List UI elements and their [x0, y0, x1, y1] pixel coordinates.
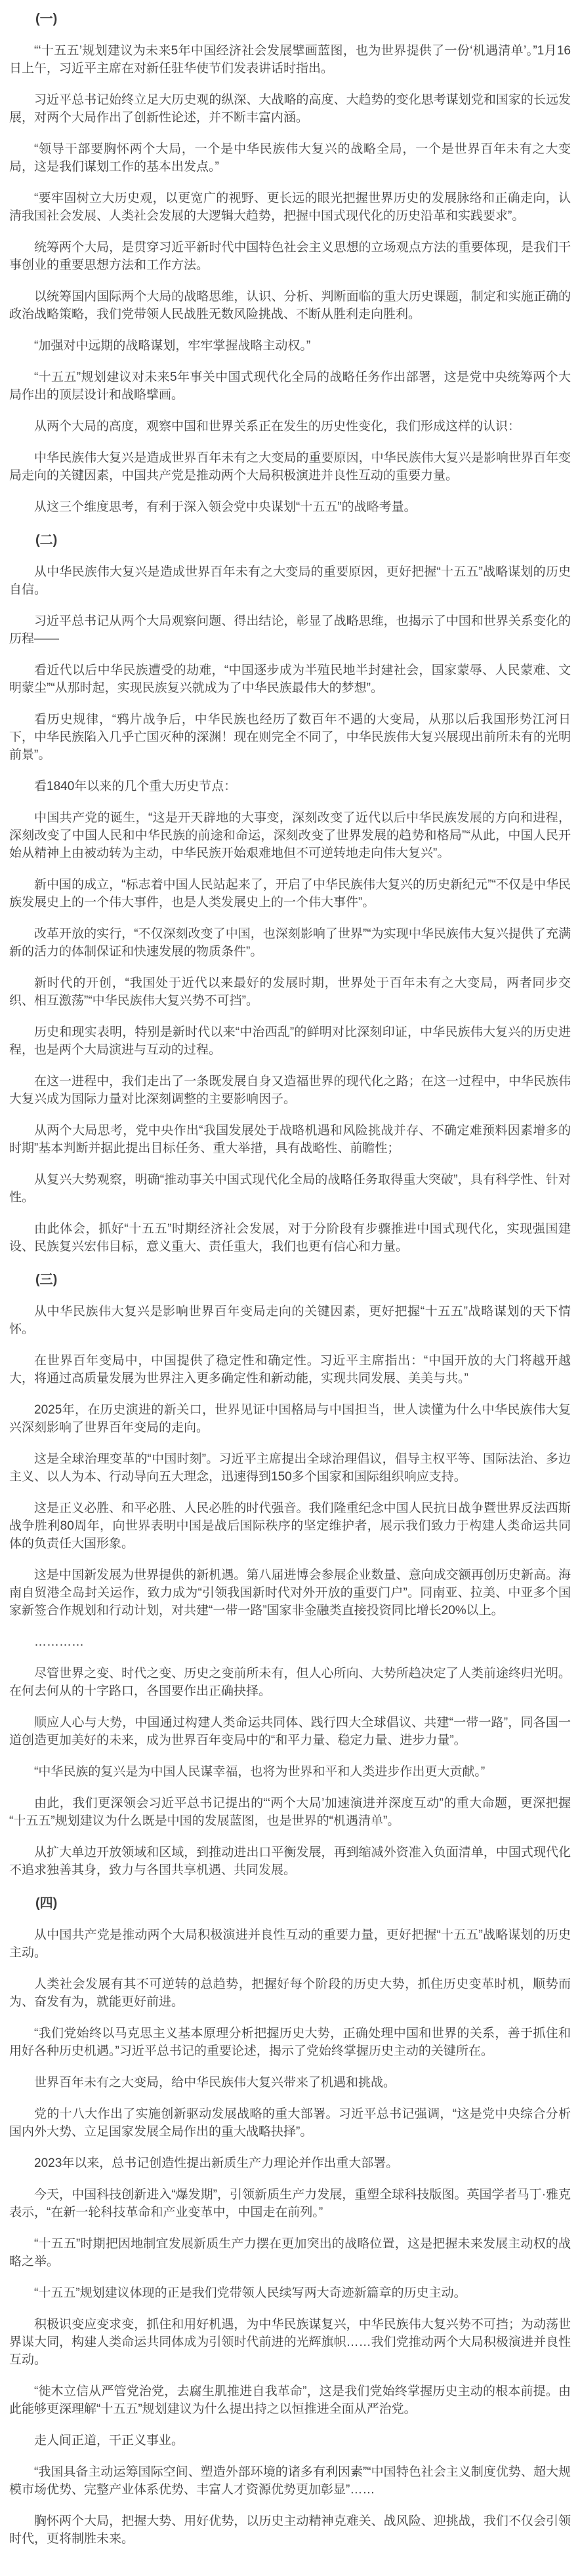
paragraph: 人类社会发展有其不可逆转的总趋势，把握好每个阶段的历史大势，抓住历史变革时机，顺… — [9, 1975, 571, 2011]
paragraph: 改革开放的实行，“不仅深刻改变了中国，也深刻影响了世界”“为实现中华民族伟大复兴… — [9, 925, 571, 961]
paragraph: 2023年以来，总书记创造性提出新质生产力理论并作出重大部署。 — [9, 2154, 571, 2172]
section-label-3: (三) — [9, 1271, 571, 1289]
paragraph: 历史和现实表明，特别是新时代以来“中治西乱”的鲜明对比深刻印证，中华民族伟大复兴… — [9, 1023, 571, 1059]
paragraph: 习近平总书记始终立足大历史观的纵深、大战略的高度、大趋势的变化思考谋划党和国家的… — [9, 91, 571, 127]
paragraph: 积极识变应变求变，抓住和用好机遇，为中华民族谋复兴，中华民族伟大复兴势不可挡；为… — [9, 2316, 571, 2369]
paragraph: 新中国的成立，“标志着中国人民站起来了，开启了中华民族伟大复兴的历史新纪元”“不… — [9, 876, 571, 911]
paragraph: 统筹两个大局，是贯穿习近平新时代中国特色社会主义思想的立场观点方法的重要体现，是… — [9, 239, 571, 274]
paragraph: 从中华民族伟大复兴是影响世界百年变局走向的关键因素，更好把握“十五五”战略谋划的… — [9, 1303, 571, 1338]
paragraph: 世界百年未有之大变局，给中华民族伟大复兴带来了机遇和挑战。 — [9, 2074, 571, 2091]
paragraph: 从扩大单边开放领域和区域，到推动进出口平衡发展，再到缩减外资准入负面清单，中国式… — [9, 1844, 571, 1879]
paragraph: 今天，中国科技创新进入“爆发期”，引领新质生产力发展，重塑全球科技版图。英国学者… — [9, 2186, 571, 2221]
paragraph-ellipsis: ………… — [9, 1633, 571, 1651]
section-label-1: (一) — [9, 10, 571, 28]
paragraph: “十五五”规划建议对未来5年事关中国式现代化全局的战略任务作出部署，这是党中央统… — [9, 368, 571, 404]
paragraph: 在世界百年变局中，中国提供了稳定性和确定性。习近平主席指出：“中国开放的大门将越… — [9, 1352, 571, 1387]
paragraph: 看近代以后中华民族遭受的劫难，“中国逐步成为半殖民地半封建社会，国家蒙辱、人民蒙… — [9, 662, 571, 697]
article-body: (一) “‘十五五’规划建议为未来5年中国经济社会发展擘画蓝图，也为世界提供了一… — [0, 0, 580, 2576]
paragraph: “领导干部要胸怀两个大局，一个是中华民族伟大复兴的战略全局，一个是世界百年未有之… — [9, 140, 571, 176]
paragraph: “十五五”规划建议体现的正是我们党带领人民续写两大奇迹新篇章的历史主动。 — [9, 2284, 571, 2302]
section-label-4: (四) — [9, 1895, 571, 1912]
paragraph: 从这三个维度思考，有利于深入领会党中央谋划“十五五”的战略考量。 — [9, 498, 571, 516]
paragraph: “中华民族的复兴是为中国人民谋幸福，也将为世界和平和人类进步作出更大贡献。” — [9, 1763, 571, 1781]
paragraph: 尽管世界之变、时代之变、历史之变前所未有，但人心所向、大势所趋决定了人类前途终归… — [9, 1665, 571, 1700]
section-label-2: (二) — [9, 532, 571, 549]
paragraph: 这是中国新发展为世界提供的新机遇。第八届进博会参展企业数量、意向成交额再创历史新… — [9, 1566, 571, 1619]
paragraph: “徙木立信从严管党治党，去腐生肌推进自我革命”，这是我们党始终掌握历史主动的根本… — [9, 2383, 571, 2418]
paragraph: 从复兴大势观察，明确“推动事关中国式现代化全局的战略任务取得重大突破”，具有科学… — [9, 1171, 571, 1206]
paragraph: “我国具备主动运筹国际空间、塑造外部环境的诸多有利因素”“中国特色社会主义制度优… — [9, 2463, 571, 2499]
paragraph: 2025年，在历史演进的新关口，世界见证中国格局与中国担当，世人读懂为什么中华民… — [9, 1401, 571, 1437]
paragraph: 这是全球治理变革的“中国时刻”。习近平主席提出全球治理倡议，倡导主权平等、国际法… — [9, 1450, 571, 1486]
paragraph: 党的十八大作出了实施创新驱动发展战略的重大部署。习近平总书记强调，“这是党中央综… — [9, 2105, 571, 2141]
paragraph: “‘十五五’规划建议为未来5年中国经济社会发展擘画蓝图，也为世界提供了一份‘机遇… — [9, 42, 571, 77]
paragraph: 在这一进程中，我们走出了一条既发展自身又造福世界的现代化之路；在这一过程中，中华… — [9, 1073, 571, 1108]
paragraph: 习近平总书记从两个大局观察问题、得出结论，彰显了战略思维，也揭示了中国和世界关系… — [9, 612, 571, 648]
paragraph: 由此体会，抓好“十五五”时期经济社会发展，对于分阶段有步骤推进中国式现代化，实现… — [9, 1220, 571, 1256]
paragraph: 以统筹国内国际两个大局的战略思维，认识、分析、判断面临的重大历史课题，制定和实施… — [9, 288, 571, 323]
paragraph: 由此，我们更深领会习近平总书记提出的“‘两个大局’加速演进并深度互动”的重大命题… — [9, 1794, 571, 1830]
paragraph: 从两个大局思考，党中央作出“我国发展处于战略机遇和风险挑战并存、不确定难预料因素… — [9, 1122, 571, 1157]
paragraph: 看历史规律，“鸦片战争后，中华民族也经历了数百年不遇的大变局，从那以后我国形势江… — [9, 711, 571, 764]
paragraph: 看1840年以来的几个重大历史节点： — [9, 778, 571, 795]
paragraph: 走人间正道，干正义事业。 — [9, 2432, 571, 2449]
paragraph: 胸怀两个大局，把握大势、用好优势，以历史主动精神克难关、战风险、迎挑战，我们不仅… — [9, 2512, 571, 2548]
paragraph: 从中国共产党是推动两个大局积极演进并良性互动的重要力量，更好把握“十五五”战略谋… — [9, 1926, 571, 1962]
paragraph: 这是正义必胜、和平必胜、人民必胜的时代强音。我们隆重纪念中国人民抗日战争暨世界反… — [9, 1499, 571, 1553]
paragraph: 新时代的开创，“我国处于近代以来最好的发展时期，世界处于百年未有之大变局，两者同… — [9, 974, 571, 1010]
paragraph: 从两个大局的高度，观察中国和世界关系正在发生的历史性变化，我们形成这样的认识： — [9, 418, 571, 435]
paragraph: “十五五”时期把因地制宜发展新质生产力摆在更加突出的战略位置，这是把握未来发展主… — [9, 2235, 571, 2270]
paragraph: 中华民族伟大复兴是造成世界百年未有之大变局的重要原因，中华民族伟大复兴是影响世界… — [9, 449, 571, 485]
paragraph: “我们党始终以马克思主义基本原理分析把握历史大势，正确处理中国和世界的关系，善于… — [9, 2025, 571, 2060]
paragraph: “要牢固树立大历史观，以更宽广的视野、更长远的眼光把握世界历史的发展脉络和正确走… — [9, 189, 571, 225]
paragraph: “加强对中远期的战略谋划，牢牢掌握战略主动权。” — [9, 337, 571, 355]
paragraph: 顺应人心与大势，中国通过构建人类命运共同体、践行四大全球倡议、共建“一带一路”，… — [9, 1714, 571, 1749]
paragraph: 中国共产党的诞生，“这是开天辟地的大事变，深刻改变了近代以后中华民族发展的方向和… — [9, 809, 571, 862]
paragraph: 从中华民族伟大复兴是造成世界百年未有之大变局的重要原因，更好把握“十五五”战略谋… — [9, 563, 571, 599]
